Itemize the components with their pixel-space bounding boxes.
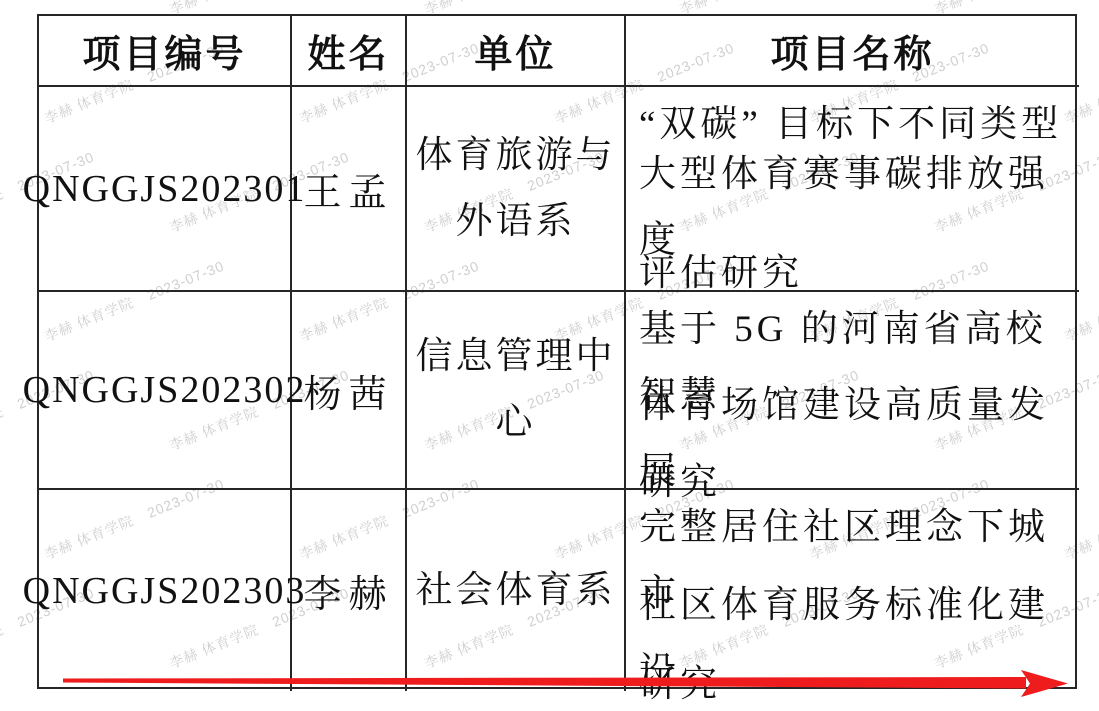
- unit-cell: 信息管理中 心: [407, 292, 626, 490]
- projects-table: 项目编号 姓名 单位 项目名称 QNGGJS202301 王孟 体育旅游与 外语…: [37, 14, 1077, 689]
- project-title-line: 完整居住社区理念下城市: [639, 495, 1073, 573]
- unit-line: 心: [496, 390, 536, 456]
- document-page: 李赫 体育学院 2023-07-30李赫 体育学院 2023-07-30李赫 体…: [0, 0, 1099, 711]
- person-name: 杨茜: [292, 292, 407, 490]
- unit-line: 外语系: [456, 189, 576, 255]
- project-title-cell: 完整居住社区理念下城市 社区体育服务标准化建设 研究: [626, 490, 1079, 691]
- project-title-line: “双碳” 目标下不同类型: [639, 92, 1062, 142]
- project-title-line: 评估研究: [639, 241, 803, 291]
- project-title-line: 体育场馆建设高质量发展: [639, 373, 1073, 449]
- unit-line: 体育旅游与: [416, 123, 616, 189]
- project-title-cell: “双碳” 目标下不同类型 大型体育赛事碳排放强度 评估研究: [626, 87, 1079, 292]
- column-header-project-code: 项目编号: [39, 16, 292, 87]
- project-title-line: 基于 5G 的河南省高校智慧: [639, 297, 1073, 373]
- project-title-line: 社区体育服务标准化建设: [639, 573, 1073, 651]
- project-title-line: 大型体育赛事碳排放强度: [639, 142, 1073, 241]
- project-title-cell: 基于 5G 的河南省高校智慧 体育场馆建设高质量发展 研究: [626, 292, 1079, 490]
- unit-cell: 社会体育系: [407, 490, 626, 691]
- person-name: 李赫: [292, 490, 407, 691]
- unit-line: 社会体育系: [416, 558, 616, 624]
- project-code: QNGGJS202303: [39, 490, 292, 691]
- unit-cell: 体育旅游与 外语系: [407, 87, 626, 292]
- person-name: 王孟: [292, 87, 407, 292]
- project-title-line: 研究: [639, 652, 721, 691]
- column-header-project-title: 项目名称: [626, 16, 1079, 87]
- unit-line: 信息管理中: [416, 324, 616, 390]
- project-code: QNGGJS202301: [39, 87, 292, 292]
- column-header-name: 姓名: [292, 16, 407, 87]
- project-title-line: 研究: [639, 450, 721, 488]
- project-code: QNGGJS202302: [39, 292, 292, 490]
- column-header-unit: 单位: [407, 16, 626, 87]
